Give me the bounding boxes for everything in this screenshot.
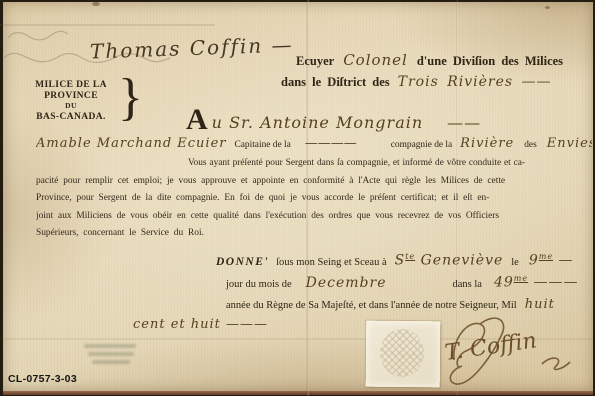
body-line-1: Vous ayant préſenté pour Sergent dans ſa…: [36, 155, 574, 173]
place-superscript: te: [405, 252, 415, 261]
handwritten-month: Decembre: [306, 275, 387, 291]
militia-province-block: MILICE DE LA PROVINCE DU BAS-CANADA.: [20, 80, 122, 122]
handwritten-rank: Colonel: [343, 51, 408, 69]
handwritten-cent-et-huit: cent et huit ———: [133, 317, 268, 332]
issued-line-1: DONNE' ſous mon Seing et Sceau à Ste Gen…: [216, 252, 574, 269]
body-line-4: joint aux Miliciens de vous obéir en cet…: [36, 208, 574, 226]
stamp-line: [92, 360, 130, 364]
printed-capitaine: Capitaine de la: [235, 140, 291, 150]
reign-dash: ———: [534, 275, 579, 291]
handwritten-blank-dash: ————: [305, 136, 357, 151]
issued-line-2: jour du mois de Decembre dans la 49me ——…: [226, 274, 579, 291]
handwritten-addressee: u Sr. Antoine Mongrain: [212, 113, 423, 132]
printed-jour-du-mois: jour du mois de: [226, 279, 292, 290]
printed-des: des: [524, 140, 537, 150]
reign-number: 49: [494, 275, 514, 291]
signature-text: T. Coffin: [443, 328, 538, 366]
captain-line: Amable Marchand Ecuier Capitaine de la —…: [36, 136, 592, 151]
ink-speck: [92, 2, 100, 6]
militia-line-1: MILICE DE LA: [20, 80, 122, 91]
body-line-2: pacité pour remplir cet emploi; je vous …: [36, 173, 574, 191]
printed-dans-la: dans la: [452, 279, 481, 290]
day-superscript: me: [539, 252, 553, 261]
printed-compagnie: compagnie de la: [391, 140, 452, 150]
seal-crosshatch-pattern: [380, 329, 424, 377]
verso-stamp-bleedthrough: [84, 344, 136, 368]
catalog-number: CL-0757-3-03: [8, 373, 77, 385]
handwritten-river: Rivière: [460, 136, 514, 151]
ink-speck: [545, 6, 550, 9]
place-initial: S: [395, 253, 406, 269]
handwritten-dash: ——: [447, 113, 481, 132]
district-line: dans le Diſtrict des Trois Rivières ——: [281, 74, 552, 90]
handwritten-district: Trois Rivières ——: [398, 74, 552, 90]
district-printed: dans le Diſtrict des: [281, 75, 390, 90]
printed-donne: DONNE': [216, 256, 269, 268]
militia-line-3: DU: [20, 101, 122, 112]
rank-title-line: Ecuyer Colonel d'une Diviſion des Milice…: [296, 51, 563, 69]
signature-flourish-3: [542, 358, 570, 369]
body-line-5: Supérieurs, concernant le Service du Roi…: [36, 225, 574, 243]
handwritten-place: Ste Geneviève: [395, 252, 504, 269]
handwritten-reign-year: 49me ———: [494, 274, 579, 291]
certificate-body: Vous ayant préſenté pour Sergent dans ſa…: [36, 155, 574, 243]
brace-glyph: }: [118, 74, 143, 122]
stamp-line: [84, 344, 136, 348]
addressee-line: A u Sr. Antoine Mongrain ——: [186, 104, 481, 136]
document-scan: Thomas Coffin — MILICE DE LA PROVINCE DU…: [0, 0, 595, 396]
printed-seing-sceau: ſous mon Seing et Sceau à: [276, 257, 387, 268]
handwritten-river-2: Envies: [547, 136, 592, 151]
place-name: Geneviève: [421, 253, 504, 269]
day-dash: —: [559, 253, 574, 269]
handwritten-day: 9me —: [529, 252, 574, 269]
rank-printed-prefix: Ecuyer: [296, 54, 334, 69]
rank-printed-suffix: d'une Diviſion des Milices: [417, 54, 563, 69]
stamp-line: [88, 352, 134, 356]
addressee-initial: A: [186, 104, 208, 136]
body-line-3: Province, pour Sergent de la dite compag…: [36, 190, 574, 208]
militia-line-4: BAS-CANADA.: [20, 112, 122, 123]
militia-line-2: PROVINCE: [20, 91, 122, 102]
day-number: 9: [529, 253, 539, 269]
signature-t-coffin: T. Coffin: [424, 298, 584, 394]
handwritten-captain-name: Amable Marchand Ecuier: [36, 136, 227, 151]
printed-le: le: [511, 257, 519, 268]
reign-superscript: me: [514, 274, 528, 283]
